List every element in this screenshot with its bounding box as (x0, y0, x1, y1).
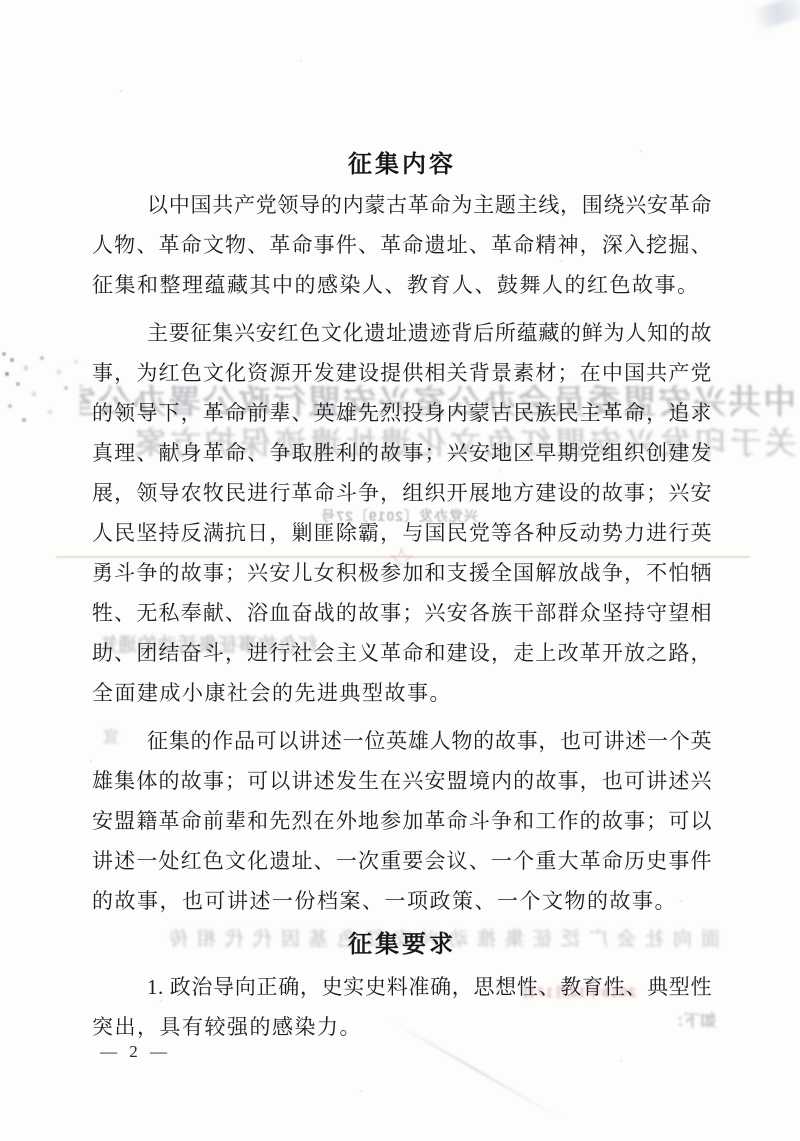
page-number: — 2 — (100, 1042, 171, 1062)
body-line: 的领导下，革命前辈、英雄先烈投身内蒙古民族民主革命，追求 (92, 393, 712, 433)
body-line: 主要征集兴安红色文化遗址遗迹背后所蕴藏的鲜为人知的故 (92, 313, 712, 353)
scanned-document-page: 中共兴安盟委员会办公室兴安盟行政公署办公室 关于印发兴安盟红色文化遗址遗迹保护方… (0, 0, 800, 1141)
body-line: 全面建成小康社会的先进典型故事。 (92, 673, 712, 713)
body-line: 人民坚持反满抗日，剿匪除霸，与国民党等各种反动势力进行英 (92, 513, 712, 553)
document-content: 征集内容 以中国共产党领导的内蒙古革命为主题主线，围绕兴安革命 人物、革命文物、… (92, 145, 712, 1047)
body-line: 雄集体的故事；可以讲述发生在兴安盟境内的故事，也可讲述兴 (92, 761, 712, 801)
section-title-collection-requirements: 征集要求 (92, 925, 712, 965)
body-line: 助、团结奋斗，进行社会主义革命和建设，走上改革开放之路， (92, 633, 712, 673)
paper-speckles (0, 0, 2, 2)
body-line: 真理、献身革命、争取胜利的故事；兴安地区早期党组织创建发 (92, 433, 712, 473)
ink-smudge (2, 352, 6, 356)
body-line: 以中国共产党领导的内蒙古革命为主题主线，围绕兴安革命 (92, 185, 712, 225)
body-line: 的故事，也可讲述一份档案、一项政策、一个文物的故事。 (92, 881, 712, 921)
body-line: 1. 政治导向正确，史实史料准确，思想性、教育性、典型性 (92, 967, 712, 1007)
body-line: 勇斗争的故事；兴安儿女积极参加和支援全国解放战争，不怕牺 (92, 553, 712, 593)
body-line: 突出，具有较强的感染力。 (92, 1007, 712, 1047)
body-line: 讲述一处红色文化遗址、一次重要会议、一个重大革命历史事件 (92, 841, 712, 881)
body-line: 安盟籍革命前辈和先烈在外地参加革命斗争和工作的故事；可以 (92, 801, 712, 841)
body-line: 牲、无私奉献、浴血奋战的故事；兴安各族干部群众坚持守望相 (92, 593, 712, 633)
section-title-collection-content: 征集内容 (92, 145, 712, 185)
body-line: 人物、革命文物、革命事件、革命遗址、革命精神，深入挖掘、 (92, 225, 712, 265)
body-line: 征集和整理蕴藏其中的感染人、教育人、鼓舞人的红色故事。 (92, 265, 712, 305)
body-line: 展，领导农牧民进行革命斗争，组织开展地方建设的故事；兴安 (92, 473, 712, 513)
body-line: 征集的作品可以讲述一位英雄人物的故事，也可讲述一个英 (92, 721, 712, 761)
body-line: 事，为红色文化资源开发建设提供相关背景素材；在中国共产党 (92, 353, 712, 393)
corner-smudge (750, 0, 800, 31)
